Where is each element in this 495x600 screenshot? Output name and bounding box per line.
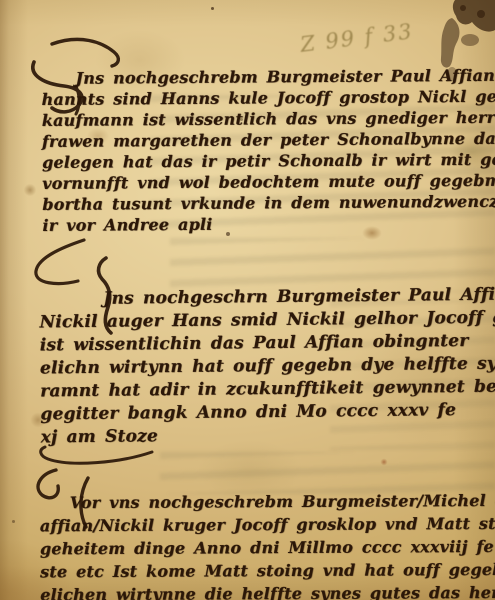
manuscript-line: frawen margarethen der peter Schonalbynn…	[42, 127, 495, 152]
manuscript-line: affian/Nickil kruger Jocoff grosklop vnd…	[40, 512, 495, 538]
manuscript-line: Jns nochgeschrebm Burgmeister Paul Affia…	[41, 64, 495, 89]
manuscript-line: bortha tusunt vrkunde in dem nuwenundzwe…	[42, 190, 495, 215]
manuscript-line: hannts sind Hanns kule Jocoff grostop Ni…	[42, 85, 495, 110]
archival-shelfmark: Z 99 f 33	[299, 19, 415, 57]
manuscript-line: elichen wirtynne die helffte synes gutes…	[40, 581, 495, 600]
manuscript-line: gelegen hat das ir petir Schonalb ir wir…	[42, 148, 495, 173]
manuscript-page: Z 99 f 33 Jns nochgeschrebm Bur	[0, 0, 495, 600]
manuscript-line: geheitem dinge Anno dni Millmo cccc xxxv…	[40, 535, 495, 561]
manuscript-line: vornunfft vnd wol bedochtem mute ouff ge…	[42, 169, 495, 194]
ink-speck	[211, 7, 214, 10]
manuscript-line: Vor vns nochgeschrebm Burgmeister/Michel…	[40, 489, 495, 515]
manuscript-paragraph-3: Vor vns nochgeschrebm Burgmeister/Michel…	[40, 489, 495, 600]
ink-speck	[12, 520, 15, 523]
manuscript-line: ste etc Ist kome Matt stoing vnd hat ouf…	[40, 558, 495, 584]
verso-showthrough	[160, 452, 495, 494]
manuscript-line: kaufmann ist wissentlich das vns gnedige…	[42, 106, 495, 131]
manuscript-line: ir vor Andree apli	[42, 211, 495, 236]
manuscript-paragraph-2: Jns nochgeschrn Burgmeister Paul Affia N…	[39, 284, 495, 450]
manuscript-line: gegitter bangk Anno dni Mo cccc xxxv fe	[40, 399, 495, 427]
manuscript-paragraph-1: Jns nochgeschrebm Burgmeister Paul Affia…	[41, 64, 495, 236]
manuscript-line: xj am Stoze	[41, 422, 495, 450]
